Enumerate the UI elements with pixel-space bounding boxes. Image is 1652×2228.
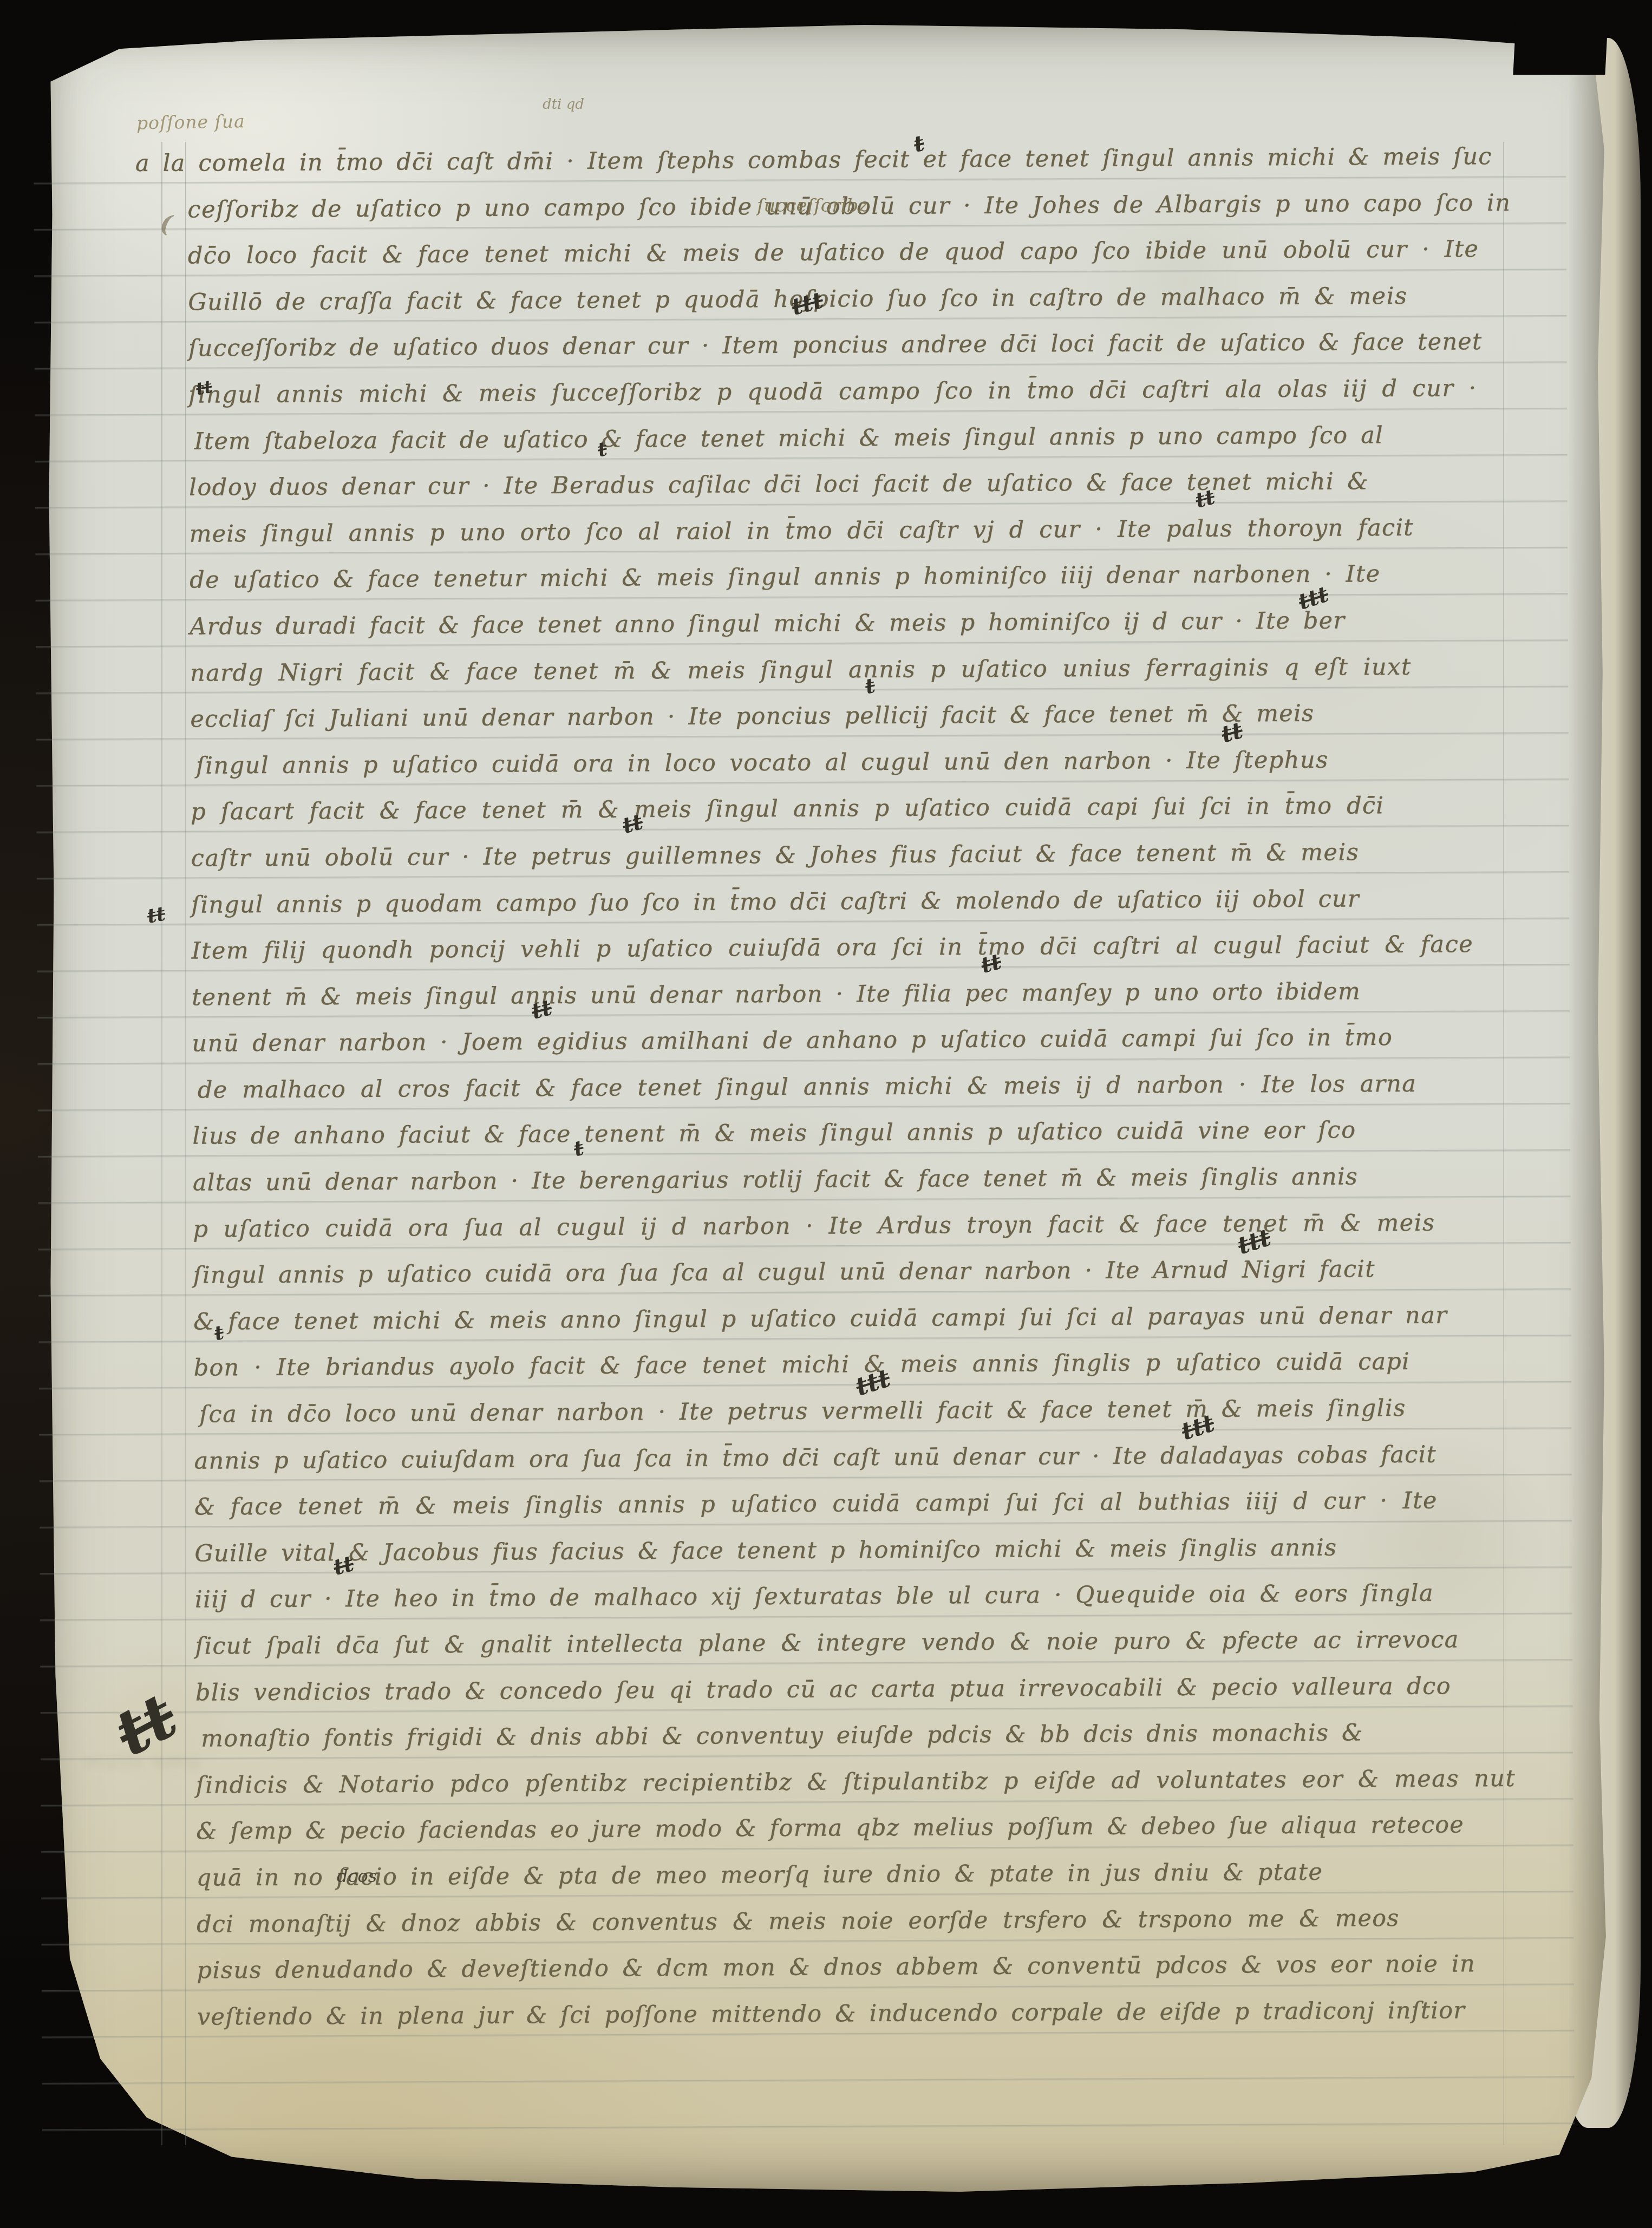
insertion-mark: tt [146,904,167,926]
text-line: veſtiendo & in plena jur & ſci poſſone m… [197,1990,1562,2043]
black-corner-strap [1513,0,1609,75]
text-line: tenent m̄ & meis ſingul annis unū denar … [192,970,1556,1024]
text-line: ſingul annis p uſatico cuidā ora in loco… [196,739,1555,792]
text-line: p ſacart facit & face tenet m̄ & meis ſi… [191,785,1555,839]
text-line: lius de anhano faciut & face tenent m̄ &… [192,1109,1557,1163]
text-line: caſtr unū obolū cur · Ite petrus guillem… [191,831,1556,885]
text-line: ſicut ſpali dc̄a ſut & gnalit intellecta… [195,1619,1559,1672]
text-line: monaſtio fontis frigidi & dnis abbi & co… [201,1712,1560,1766]
text-line: a la comela in t̄mo dc̄i caſt dm̄i · Ite… [135,136,1552,190]
text-line: ſucceſſoribz de uſatico duos denar cur ·… [188,322,1553,375]
interlinear-note: dcos [337,1866,377,1886]
text-line: altas unū denar narbon · Ite berengarius… [193,1155,1557,1209]
text-line: Item filij quondh poncij vehli p uſatico… [191,924,1556,978]
text-line: quā in no facio in eiſde & pta de meo me… [196,1851,1560,1904]
interlinear-note: ſucceſſoribz [757,195,868,217]
text-line: ſingul annis p uſatico cuidā ora ſua ſca… [193,1249,1558,1302]
text-line: dc̄o loco facit & face tenet michi & mei… [188,229,1552,283]
text-line: meis ſingul annis p uno orto ſco al raio… [189,507,1553,560]
text-line: de uſatico & face tenetur michi & meis ſ… [190,553,1554,607]
text-line: Guillō de craſſa facit & face tenet p qu… [188,275,1552,329]
text-line: annis p uſatico cuiuſdam ora ſua ſca in … [194,1434,1558,1487]
manuscript-photo: { "document": { "kind": "medieval manusc… [0,0,1652,2228]
text-line: Ardus duradi facit & face tenet anno ſin… [190,599,1554,653]
text-line: ſingul annis michi & meis ſucceſſoribz p… [188,368,1553,421]
text-line: ſingul annis p quodam campo ſuo ſco in t… [191,878,1556,931]
text-line: lodoy duos denar cur · Ite Beradus caſil… [189,461,1553,514]
text-line: pisus denudando & deveſtiendo & dcm mon … [197,1944,1561,1997]
header-note: poſſone ſua [136,110,245,133]
text-block: a la comela in t̄mo dc̄i caſt dm̄i · Ite… [187,136,1562,2043]
text-line: blis vendicios trado & concedo ſeu qi tr… [195,1665,1560,1719]
text-line: de malhaco al cros facit & face tenet ſi… [198,1063,1557,1116]
insertion-mark: tt [194,378,213,398]
text-line: dci monaſtij & dnoz abbis & conventus & … [197,1897,1561,1951]
text-line: & ſemp & pecio faciendas eo jure modo & … [196,1805,1560,1858]
superscript-note: dti qd [543,96,584,113]
text-line: ceſſoribz de uſatico p uno campo ſco ibi… [187,182,1552,236]
text-line: unū denar narbon · Joem egidius amilhani… [192,1017,1556,1070]
text-line: & face tenet michi & meis anno ſingul p … [193,1295,1558,1348]
text-line: Item ſtabeloza facit de uſatico & face t… [194,414,1553,468]
text-line: eccliaſ ſci Juliani unū denar narbon · I… [190,692,1555,746]
text-line: iiij d cur · Ite heo in t̄mo de malhaco … [195,1573,1559,1626]
text-line: ſindicis & Notario pdco pſentibz recipie… [196,1758,1560,1812]
text-line: Guille vital & Jacobus fius facius & fac… [194,1526,1559,1580]
text-line: & face tenet m̄ & meis ſinglis annis p u… [194,1480,1559,1534]
text-line: p uſatico cuidā ora ſua al cugul ij d na… [193,1202,1557,1256]
